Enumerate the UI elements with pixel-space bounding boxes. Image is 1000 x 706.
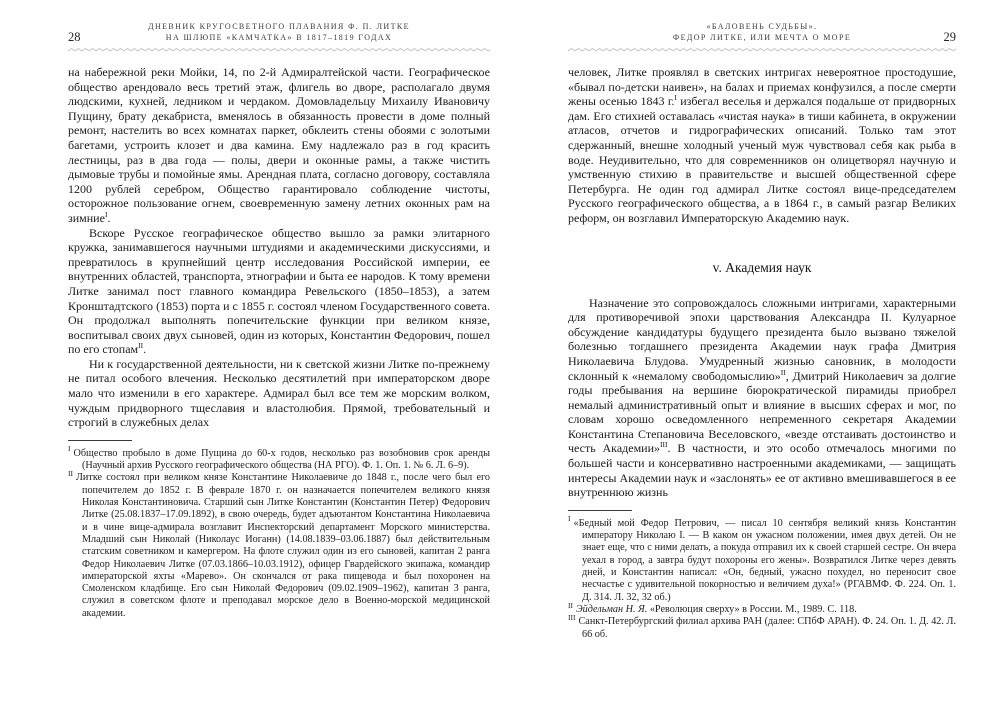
text-segment: Санкт-Петербургский филиал архива РАН (д… <box>579 616 957 639</box>
footnote: I«Бедный мой Федор Петрович, — писал 10 … <box>568 518 956 604</box>
running-head-right: «БАЛОВЕНЬ СУДЬБЫ». ФЕДОР ЛИТКЕ, ИЛИ МЕЧТ… <box>568 22 956 43</box>
body-paragraph: Вскоре Русское географическое общество в… <box>68 226 490 357</box>
running-head-left: ДНЕВНИК КРУГОСВЕТНОГО ПЛАВАНИЯ Ф. П. ЛИТ… <box>68 22 490 43</box>
right-page-header: 29 «БАЛОВЕНЬ СУДЬБЫ». ФЕДОР ЛИТКЕ, ИЛИ М… <box>568 0 956 52</box>
footnote: IIIСанкт-Петербургский филиал архива РАН… <box>568 616 956 641</box>
text-segment: «Революция сверху» в России. М., 1989. С… <box>650 604 857 615</box>
page-number-left: 28 <box>68 30 81 45</box>
text-segment: «Бедный мой Федор Петрович, — писал 10 с… <box>574 518 957 603</box>
body-paragraph: Назначение это сопровождалось сложными и… <box>568 296 956 500</box>
zigzag-divider <box>568 47 956 52</box>
text-segment: . <box>107 211 110 225</box>
footnote-marker: III <box>568 613 576 622</box>
footnote-marker: II <box>68 469 73 478</box>
body-paragraph: человек, Литке проявлял в светских интри… <box>568 65 956 226</box>
running-head-line: ДНЕВНИК КРУГОСВЕТНОГО ПЛАВАНИЯ Ф. П. ЛИТ… <box>68 22 490 33</box>
right-page-body: человек, Литке проявлял в светских интри… <box>568 65 956 500</box>
text-segment: . <box>143 342 146 356</box>
left-page-body: на набережной реки Мойки, 14, по 2-й Адм… <box>68 65 490 430</box>
footnote-text: Общество пробыло в доме Пущина до 60-х г… <box>74 448 491 471</box>
footnote-marker: I <box>568 514 571 523</box>
text-segment: Общество пробыло в доме Пущина до 60-х г… <box>74 448 491 471</box>
running-head-line: ФЕДОР ЛИТКЕ, ИЛИ МЕЧТА О МОРЕ <box>568 33 956 44</box>
right-page: 29 «БАЛОВЕНЬ СУДЬБЫ». ФЕДОР ЛИТКЕ, ИЛИ М… <box>568 0 956 706</box>
footnote-text: Эйдельман Н. Я. «Революция сверху» в Рос… <box>576 604 857 615</box>
page-number-right: 29 <box>944 30 957 45</box>
text-segment: Литке состоял при великом князе Констант… <box>76 472 490 618</box>
text-segment: на набережной реки Мойки, 14, по 2-й Адм… <box>68 65 490 225</box>
section-heading: v. Академия наук <box>568 260 956 276</box>
left-footnotes: IОбщество пробыло в доме Пущина до 60-х … <box>68 448 490 620</box>
text-segment: Вскоре Русское географическое общество в… <box>68 226 490 357</box>
footnote-marker: I <box>68 444 71 453</box>
footnote: IIЛитке состоял при великом князе Конста… <box>68 472 490 620</box>
footnote-text: «Бедный мой Федор Петрович, — писал 10 с… <box>574 518 957 603</box>
text-segment: Ни к государственной деятельности, ни к … <box>68 357 490 429</box>
left-page-header: 28 ДНЕВНИК КРУГОСВЕТНОГО ПЛАВАНИЯ Ф. П. … <box>68 0 490 52</box>
running-head-line: «БАЛОВЕНЬ СУДЬБЫ». <box>568 22 956 33</box>
left-page: 28 ДНЕВНИК КРУГОСВЕТНОГО ПЛАВАНИЯ Ф. П. … <box>68 0 490 706</box>
text-segment: избегал веселья и держался подальше от п… <box>568 94 956 225</box>
right-footnotes: I«Бедный мой Федор Петрович, — писал 10 … <box>568 518 956 641</box>
footnote-text: Литке состоял при великом князе Констант… <box>76 472 490 618</box>
text-segment: Эйдельман Н. Я. <box>576 604 650 615</box>
footnote-text: Санкт-Петербургский филиал архива РАН (д… <box>579 616 957 639</box>
book-spread: 28 ДНЕВНИК КРУГОСВЕТНОГО ПЛАВАНИЯ Ф. П. … <box>0 0 1000 706</box>
footnote-marker: II <box>568 601 573 610</box>
footnote-ref: III <box>660 440 668 449</box>
footnote-rule <box>68 440 132 441</box>
body-paragraph: на набережной реки Мойки, 14, по 2-й Адм… <box>68 65 490 226</box>
zigzag-divider <box>68 47 490 52</box>
footnote: IIЭйдельман Н. Я. «Революция сверху» в Р… <box>568 604 956 616</box>
body-paragraph: Ни к государственной деятельности, ни к … <box>68 357 490 430</box>
running-head-line: НА ШЛЮПЕ «КАМЧАТКА» В 1817–1819 ГОДАХ <box>68 33 490 44</box>
footnote-rule <box>568 510 632 511</box>
footnote: IОбщество пробыло в доме Пущина до 60-х … <box>68 448 490 473</box>
